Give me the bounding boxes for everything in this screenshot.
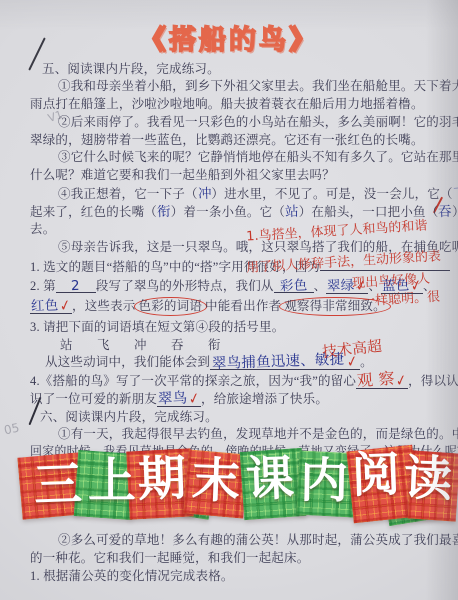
answer-blank: 翠鸟✓ xyxy=(157,393,201,407)
paragraph-line: ④我正想着，它一下子（冲）进水里，不见了。可是，没一会儿，它（飞） xyxy=(58,182,458,202)
printed-text: 、 xyxy=(368,279,381,293)
section-heading: 六、阅读课内片段，完成练习。 xyxy=(40,407,218,425)
answer-blank: 红色✓ xyxy=(30,300,72,314)
answer-blank: 彩色 xyxy=(274,280,314,293)
banner-char: 阅 xyxy=(351,451,401,501)
handwritten-answer-lanse: 蓝色 xyxy=(382,280,410,293)
handwritten-answer-cuilv: 翠绿 xyxy=(327,280,355,293)
exam-banner: 三 上 期 末 课 内 阅 读 xyxy=(0,446,458,528)
printed-text: 起来了，红色的长嘴（ xyxy=(30,205,157,219)
paragraph-line: ①有一天，我起得很早去钓鱼，发现草地并不是金色的，而是绿色的。中午 xyxy=(58,424,458,442)
teacher-answer-guancha: 观 察 xyxy=(356,373,394,388)
banner-char: 课 xyxy=(245,455,295,505)
handwritten-answer-cuiniao: 翠鸟 xyxy=(158,392,188,405)
answer-blank: 翠绿✓ xyxy=(326,280,368,294)
section-heading: 五、阅读课内片段，完成练习。 xyxy=(42,59,220,77)
printed-text: ，这些表示 xyxy=(72,299,136,313)
banner-char: 内 xyxy=(300,458,349,507)
check-icon: ✓ xyxy=(356,279,369,295)
question-2-line2: 红色✓，这些表示色彩的词语中能看出作者观察得非常细致。 xyxy=(30,296,389,314)
paragraph-line: 翠绿的，翅膀带着一些蓝色，比鹦鹉还漂亮。它还有一张红色的长嘴。 xyxy=(30,130,424,148)
printed-text: 、 xyxy=(314,279,327,293)
printed-text: 4.《搭船的鸟》写了一次平常的探亲之旅，因为“我”的留心 xyxy=(30,374,356,388)
printed-text: ）了下 xyxy=(452,205,458,219)
question-3: 3. 请把下面的词语填在短文第④段的括号里。 xyxy=(30,317,284,335)
printed-text: ）进水里，不见了。可是，没一会儿，它（ xyxy=(211,187,452,201)
banner-char: 末 xyxy=(191,457,241,507)
printed-text: 、 xyxy=(423,279,436,293)
printed-text: ，给旅途增添了快乐。 xyxy=(201,392,328,406)
handwritten-answer-xian: 衔 xyxy=(157,200,171,220)
handwritten-answer-tun: 吞 xyxy=(438,200,452,220)
printed-text: 中能看出作者 xyxy=(205,299,281,313)
paragraph-line: ②后来雨停了。我看见一只彩色的小鸟站在船头，多么美丽啊！它的羽毛是 xyxy=(58,112,458,130)
question-4-line2: 识了一位可爱的新朋友翠鸟✓，给旅途增添了快乐。 xyxy=(30,389,328,407)
banner-char: 上 xyxy=(88,458,136,506)
answer-blank: 蓝色✓ xyxy=(381,280,423,294)
banner-char: 三 xyxy=(33,461,83,511)
question-last: 1. 根据蒲公英的变化情况完成表格。 xyxy=(30,566,234,584)
banner-char: 期 xyxy=(137,455,187,505)
check-icon: ✓ xyxy=(59,299,72,315)
page-title: 《搭船的鸟》 xyxy=(0,18,458,57)
printed-text: 识了一位可爱的新朋友 xyxy=(30,392,157,406)
pencil-mark: 05 xyxy=(3,421,21,438)
paragraph-line: 去。 xyxy=(30,219,55,237)
paragraph-line: 雨点打在船篷上，沙啦沙啦地响。船夫披着蓑衣在船后用力地摇着橹。 xyxy=(30,94,424,112)
printed-text: 从这些动词中，我们能体会到 xyxy=(45,355,210,369)
question-2-line1: 2. 第2段写了翠鸟的外形特点，我们从彩色、翠绿✓、蓝色✓、 xyxy=(30,276,436,294)
printed-text: ④我正想着，它一下子（ xyxy=(58,187,198,201)
handwritten-answer-caise: 彩色 xyxy=(280,280,308,293)
teacher-circled-phrase: 观察得非常细致。 xyxy=(279,297,391,316)
handwritten-answer-paragraph-number: 2 xyxy=(71,280,80,292)
check-icon: ✓ xyxy=(188,392,201,408)
question-4-line1: 4.《搭船的鸟》写了一次平常的探亲之旅，因为“我”的留心观 察✓，得以认 xyxy=(30,371,458,389)
teacher-circled-phrase: 色彩的词语 xyxy=(134,297,208,316)
banner-char: 读 xyxy=(403,455,453,505)
printed-text: ，得以认 xyxy=(408,374,458,388)
paragraph-line: ①我和母亲坐着小船，到乡下外祖父家里去。我们坐在船舱里。天下着大雨， xyxy=(58,76,458,94)
printed-text: 2. 第 xyxy=(30,279,56,293)
printed-text: ）着一条小鱼。它（ xyxy=(171,205,285,219)
paragraph-line: ③它什么时候飞来的呢？它静悄悄地停在船头不知有多久了。它站在那里做 xyxy=(58,147,458,165)
answer-blank: 观 察✓ xyxy=(356,374,408,389)
teacher-note-jishu: 技术高超 xyxy=(321,335,383,362)
answer-blank: 2 xyxy=(56,280,96,293)
paragraph-line: 的一种花。它和我们一起睡觉，和我们一起起床。 xyxy=(30,548,309,566)
check-icon: ✓ xyxy=(395,374,408,390)
paragraph-line: 什么呢？难道它要和我们一起坐船到外祖父家里去吗？ xyxy=(30,165,335,183)
handwritten-answer-zhan: 站 xyxy=(285,200,299,220)
printed-text: 段写了翠鸟的外形特点，我们从 xyxy=(96,279,274,293)
check-icon: ✓ xyxy=(410,279,423,295)
paragraph-line: ②多么可爱的草地！多么有趣的蒲公英！从那时起，蒲公英成了我们最喜爱 xyxy=(58,530,458,548)
handwritten-answer-hongse: 红色 xyxy=(31,300,59,313)
worksheet-photo: 《搭船的鸟》 V1 05 五、阅读课内片段，完成练习。 ①我和母亲坐着小船，到乡… xyxy=(0,0,458,600)
word-bank: 站 飞 冲 吞 衔 xyxy=(60,335,227,353)
